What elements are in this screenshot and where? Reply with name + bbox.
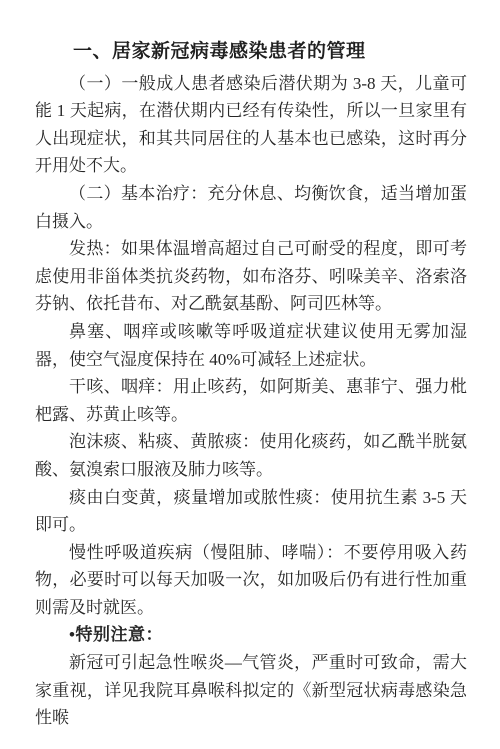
paragraph-phlegm-types: 泡沫痰、粘痰、黄脓痰：使用化痰药，如乙酰半胱氨酸、氨溴索口服液及肺力咳等。 <box>35 428 467 483</box>
section-title: 一、居家新冠病毒感染患者的管理 <box>35 38 467 66</box>
paragraph-basic-treatment: （二）基本治疗：充分休息、均衡饮食，适当增加蛋白摄入。 <box>35 180 467 235</box>
document-page: 一、居家新冠病毒感染患者的管理 （一）一般成人患者感染后潜伏期为 3-8 天，儿… <box>0 0 500 749</box>
paragraph-antibiotics: 痰由白变黄，痰量增加或脓性痰：使用抗生素 3-5 天即可。 <box>35 484 467 539</box>
paragraph-dry-cough: 干咳、咽痒：用止咳药，如阿斯美、惠菲宁、强力枇杷露、苏黄止咳等。 <box>35 373 467 428</box>
paragraph-laryngitis-warning: 新冠可引起急性喉炎—气管炎，严重时可致命，需大家重视，详见我院耳鼻喉科拟定的《新… <box>35 649 467 732</box>
paragraph-nasal-congestion: 鼻塞、咽痒或咳嗽等呼吸道症状建议使用无雾加湿器，使空气湿度保持在 40%可减轻上… <box>35 318 467 373</box>
special-note-heading: •特别注意： <box>35 621 467 649</box>
paragraph-incubation: （一）一般成人患者感染后潜伏期为 3-8 天，儿童可能 1 天起病，在潜伏期内已… <box>35 70 467 180</box>
paragraph-fever: 发热：如果体温增高超过自己可耐受的程度，即可考虑使用非甾体类抗炎药物，如布洛芬、… <box>35 235 467 318</box>
paragraph-chronic-respiratory: 慢性呼吸道疾病（慢阻肺、哮喘）：不要停用吸入药物，必要时可以每天加吸一次，如加吸… <box>35 539 467 622</box>
